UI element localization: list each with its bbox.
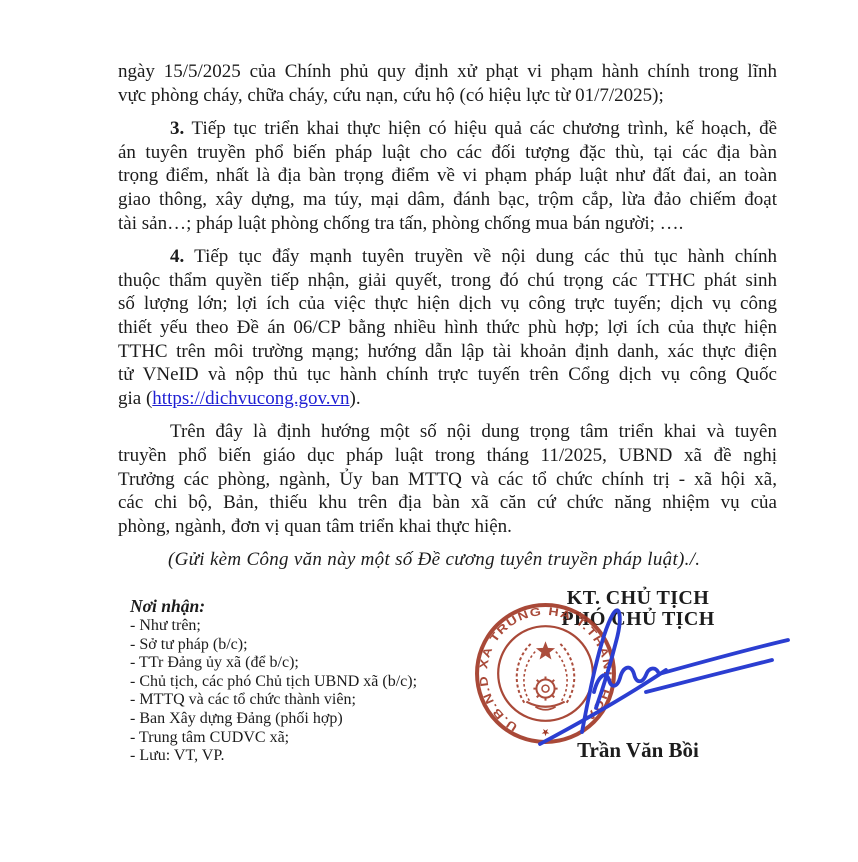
paragraph-number: 4. (170, 246, 184, 267)
body-line: án tuyên truyền phổ biến pháp luật cho c… (118, 141, 777, 165)
body-line: tài sản…; pháp luật phòng chống tra tấn,… (118, 212, 777, 236)
recipient-item: - MTTQ và các tổ chức thành viên; (130, 691, 470, 710)
recipients-header: Nơi nhận: (130, 595, 470, 617)
handwritten-signature (470, 596, 800, 766)
body-line: vực phòng cháy, chữa cháy, cứu nạn, cứu … (118, 84, 777, 108)
dichvucong-link[interactable]: https://dichvucong.gov.vn (152, 388, 349, 409)
body-line: 4. Tiếp tục đẩy mạnh tuyên truyền về nội… (118, 245, 777, 269)
document-body: ngày 15/5/2025 của Chính phủ quy định xử… (118, 60, 777, 572)
body-line-text: Tiếp tục đẩy mạnh tuyên truyền về nội du… (184, 246, 777, 267)
body-line: giao thông, xây dựng, ma túy, mại dâm, đ… (118, 188, 777, 212)
recipient-item: - Lưu: VT, VP. (130, 747, 470, 766)
body-line: Trưởng các phòng, ngành, Ủy ban MTTQ và … (118, 468, 777, 492)
closing-note: (Gửi kèm Công văn này một số Đề cương tu… (118, 548, 777, 572)
body-line: TTHC trên môi trường mạng; hướng dẫn lập… (118, 340, 777, 364)
body-line: trọng điểm, nhất là địa bàn trọng điểm v… (118, 164, 777, 188)
body-line: số lượng lớn; lợi ích của việc thực hiện… (118, 292, 777, 316)
body-line: thiết yếu theo Đề án 06/CP bằng nhiều hì… (118, 316, 777, 340)
paragraph-3: 3. Tiếp tục triển khai thực hiện có hiệu… (118, 117, 777, 235)
body-line-text: Tiếp tục triển khai thực hiện có hiệu qu… (184, 118, 777, 139)
recipient-item: - Trung tâm CUDVC xã; (130, 729, 470, 748)
paragraph-4: 4. Tiếp tục đẩy mạnh tuyên truyền về nội… (118, 245, 777, 410)
body-line: thuộc thẩm quyền tiếp nhận, giải quyết, … (118, 269, 777, 293)
signature-loop (582, 610, 620, 732)
paragraph-5: Trên đây là định hướng một số nội dung t… (118, 420, 777, 538)
recipient-item: - Như trên; (130, 617, 470, 636)
document-page: ngày 15/5/2025 của Chính phủ quy định xử… (0, 0, 858, 862)
signature-tail-upper (659, 640, 788, 674)
paragraph-intro: ngày 15/5/2025 của Chính phủ quy định xử… (118, 60, 777, 107)
body-line: phòng, ngành, đơn vị quan tâm triển khai… (118, 515, 777, 539)
body-line: ngày 15/5/2025 của Chính phủ quy định xử… (118, 60, 777, 84)
body-line: 3. Tiếp tục triển khai thực hiện có hiệu… (118, 117, 777, 141)
paragraph-number: 3. (170, 118, 184, 139)
body-line: tử VNeID và nộp thủ tục hành chính trực … (118, 363, 777, 387)
recipient-item: - Ban Xây dựng Đảng (phối hợp) (130, 710, 470, 729)
recipients-block: Nơi nhận: - Như trên; - Sở tư pháp (b/c)… (130, 595, 470, 766)
recipient-item: - Chủ tịch, các phó Chủ tịch UBND xã (b/… (130, 673, 470, 692)
body-line: truyền phổ biến giáo dục pháp luật trong… (118, 444, 777, 468)
body-line: các chi bộ, Bản, thiếu khu trên địa bàn … (118, 491, 777, 515)
recipient-item: - Sở tư pháp (b/c); (130, 636, 470, 655)
recipient-item: - TTr Đảng ủy xã (để b/c); (130, 654, 470, 673)
link-prefix: gia ( (118, 388, 152, 409)
body-line: Trên đây là định hướng một số nội dung t… (118, 420, 777, 444)
body-line-link: gia (https://dichvucong.gov.vn). (118, 387, 777, 411)
link-suffix: ). (350, 388, 361, 409)
signature-tail-lower (646, 660, 772, 692)
